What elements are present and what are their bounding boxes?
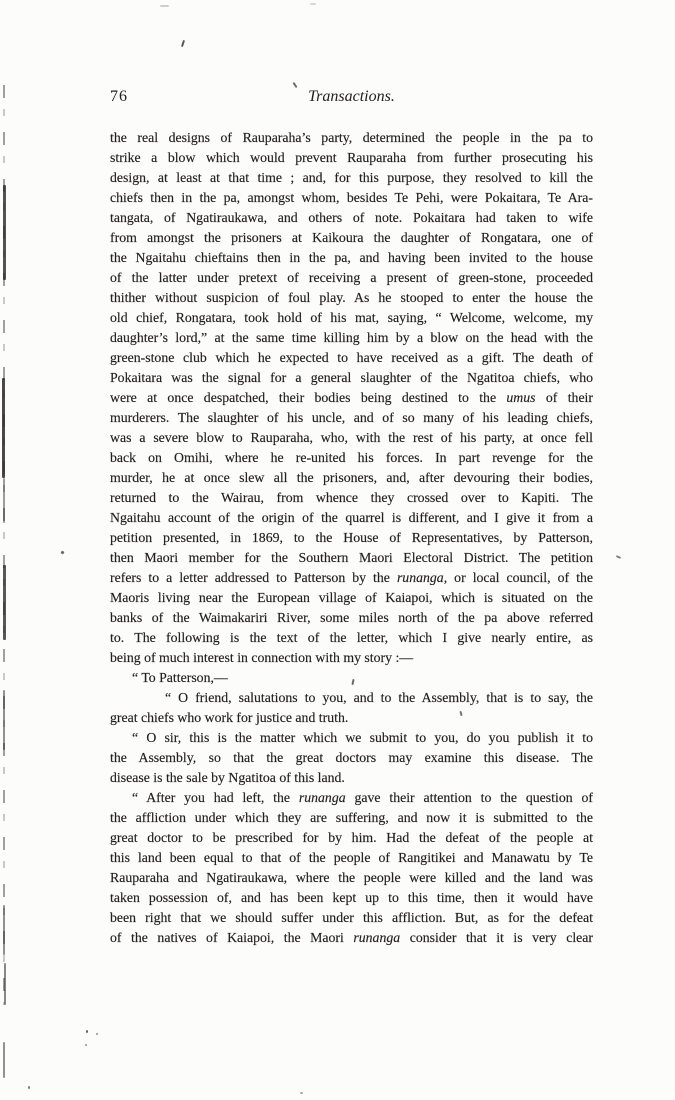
text-line: Ngaitahu account of the origin of the qu… — [110, 508, 593, 528]
text-line: refers to a letter addressed to Patterso… — [110, 568, 593, 588]
text-line: thither without suspicion of foul play. … — [110, 288, 593, 308]
text-line: the real designs of Rauparaha’s party, d… — [110, 128, 593, 148]
text-line: was a severe blow to Rauparaha, who, wit… — [110, 428, 593, 448]
text-line: taken possession of, and has been kept u… — [110, 888, 593, 908]
text-line: Pokaitara was the signal for a general s… — [110, 368, 593, 388]
text-line: banks of the Waimakariri River, some mil… — [110, 608, 593, 628]
scan-edge-artifact — [4, 963, 6, 1005]
scan-edge-artifact — [2, 378, 5, 478]
scan-speckle — [86, 1030, 88, 1033]
running-header-title: Transactions. — [110, 88, 593, 106]
text-line: “ O sir, this is the matter which we sub… — [110, 728, 593, 748]
text-line: of the latter under pretext of receiving… — [110, 268, 593, 288]
text-line: “ After you had left, the runanga gave t… — [110, 788, 593, 808]
scanned-page: 76 Transactions. the real designs of Rau… — [0, 0, 675, 1100]
text-line: “ O friend, salutations to you, and to t… — [110, 688, 593, 708]
scan-edge-artifact — [3, 905, 5, 955]
text-line: chiefs then in the pa, amongst whom, bes… — [110, 188, 593, 208]
text-line: back on Omihi, where he re-united his fo… — [110, 448, 593, 468]
text-line: of the natives of Kaiapoi, the Maori run… — [110, 928, 593, 948]
text-line: murderers. The slaughter of his uncle, a… — [110, 408, 593, 428]
text-line: disease is the sale by Ngatitoa of this … — [110, 768, 593, 788]
text-line: this land been equal to that of the peop… — [110, 848, 593, 868]
page-header: 76 Transactions. — [110, 88, 593, 110]
text-line: great chiefs who work for justice and tr… — [110, 708, 593, 728]
text-line: the affliction under which they are suff… — [110, 808, 593, 828]
scan-speckle — [300, 1092, 303, 1094]
text-line: strike a blow which would prevent Raupar… — [110, 148, 593, 168]
scan-speckle — [160, 5, 169, 7]
text-line: green-stone club which he expected to ha… — [110, 348, 593, 368]
scan-edge-artifact — [3, 185, 6, 280]
scan-speckle — [310, 3, 316, 5]
text-line: being of much interest in connection wit… — [110, 648, 593, 668]
scan-speckle — [60, 550, 64, 554]
text-line: petition presented, in 1869, to the Hous… — [110, 528, 593, 548]
text-line: murder, he at once slew all the prisoner… — [110, 468, 593, 488]
text-line: returned to the Wairau, from whence they… — [110, 488, 593, 508]
text-line: old chief, Rongatara, took hold of his m… — [110, 308, 593, 328]
text-line: been right that we should suffer under t… — [110, 908, 593, 928]
text-line: Maoris living near the European village … — [110, 588, 593, 608]
text-line: “ To Patterson,— — [110, 668, 593, 688]
scan-speckle — [28, 1086, 30, 1089]
scan-edge-artifact — [3, 478, 5, 523]
text-line: from amongst the prisoners at Kaikoura t… — [110, 228, 593, 248]
text-line: tangata, of Ngatiraukawa, and others of … — [110, 208, 593, 228]
scan-speckle — [85, 1044, 87, 1046]
text-line: to. The following is the text of the let… — [110, 628, 593, 648]
text-line: design, at least at that time ; and, for… — [110, 168, 593, 188]
body-text: the real designs of Rauparaha’s party, d… — [110, 128, 593, 948]
text-line: the Ngaitahu chieftains then in the pa, … — [110, 248, 593, 268]
scan-edge-artifact — [3, 690, 5, 750]
scan-speckle — [616, 555, 621, 559]
text-line: great doctor to be prescribed for by him… — [110, 828, 593, 848]
scan-edge-artifact — [3, 1042, 5, 1078]
scan-edge-artifact — [3, 565, 6, 640]
text-line: Rauparaha and Ngatiraukawa, where the pe… — [110, 868, 593, 888]
scan-speckle — [181, 40, 185, 47]
scan-speckle — [96, 1033, 98, 1035]
text-line: the Assembly, so that the great doctors … — [110, 748, 593, 768]
text-line: daughter’s lord,” at the same time killi… — [110, 328, 593, 348]
text-line: were at once despatched, their bodies be… — [110, 388, 593, 408]
text-line: then Maori member for the Southern Maori… — [110, 548, 593, 568]
